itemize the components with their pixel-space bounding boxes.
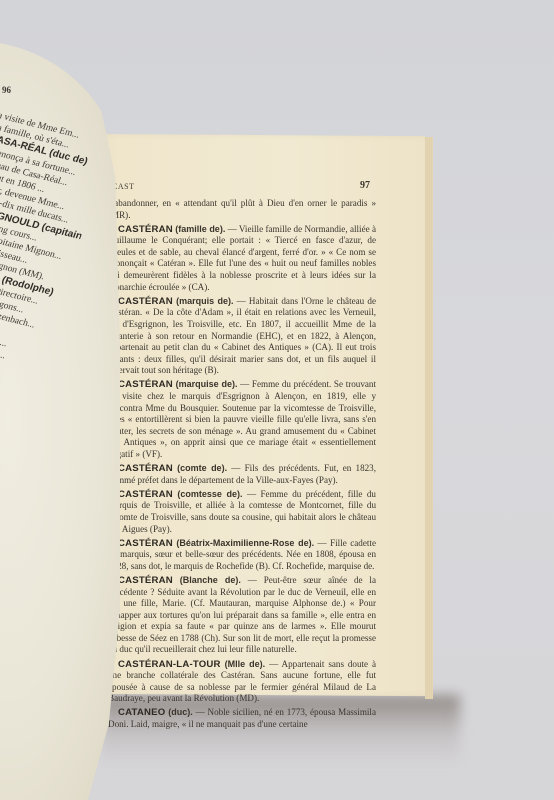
qualifier: (marquise de). — [176, 379, 238, 389]
headword: CASTÉRAN — [118, 538, 173, 549]
entry-casteran-beatrix: CASTÉRAN (Béatrix-Maximilienne-Rose de).… — [108, 538, 376, 573]
entry-text: — Habitait dans l'Orne le château de Cas… — [108, 296, 376, 376]
entry-casteran-la-tour: CASTÉRAN-LA-TOUR (Mlle de). — Appartenai… — [108, 659, 376, 705]
entry-casteran-comte: CASTÉRAN (comte de). — Fils des précéden… — [108, 463, 376, 486]
entry-continuation: d'abandonner, en « attendant qu'il plût … — [108, 198, 376, 221]
headword: CASTÉRAN — [118, 296, 173, 307]
entry-casteran-famille: CASTÉRAN (famille de). — Vieille famille… — [108, 224, 376, 294]
headword: CATANEO — [118, 707, 165, 718]
qualifier: (duc). — [168, 707, 193, 717]
page-block-edge — [425, 137, 433, 699]
headword: CASTÉRAN — [118, 379, 173, 390]
headword: CASTÉRAN — [118, 575, 173, 586]
page-number: 97 — [360, 180, 370, 191]
dictionary-text: d'abandonner, en « attendant qu'il plût … — [108, 198, 376, 733]
headword: CASTÉRAN-LA-TOUR — [118, 659, 221, 670]
entry-casteran-marquise: CASTÉRAN (marquise de). — Femme du précé… — [108, 379, 376, 460]
headword: CASTÉRAN — [118, 489, 173, 500]
entry-text: — Peut-être sœur aînée de la précédente … — [108, 575, 376, 655]
entry-text: — Femme du précédent. Se trouvant en vis… — [108, 379, 376, 459]
qualifier: (Blanche de). — [180, 575, 241, 585]
entry-casteran-comtesse: CASTÉRAN (comtesse de). — Femme du précé… — [108, 489, 376, 535]
entry-casteran-marquis: CASTÉRAN (marquis de). — Habitait dans l… — [108, 296, 376, 377]
entry-text: d'abandonner, en « attendant qu'il plût … — [108, 198, 376, 220]
headword: CASTÉRAN — [118, 224, 173, 235]
qualifier: (Mlle de). — [225, 659, 266, 669]
qualifier: (famille de). — [175, 224, 225, 234]
qualifier: (comte de). — [177, 463, 227, 473]
entry-cataneo: CATANEO (duc). — Noble sicilien, né en 1… — [108, 707, 376, 730]
qualifier: (Béatrix-Maximilienne-Rose de). — [176, 538, 314, 548]
entry-casteran-blanche: CASTÉRAN (Blanche de). — Peut-être sœur … — [108, 575, 376, 656]
qualifier: (comtesse de). — [177, 489, 242, 499]
running-head: CAST — [112, 182, 372, 191]
headword: CASTÉRAN — [118, 463, 173, 474]
left-page-number: 96 — [2, 85, 11, 95]
qualifier: (marquis de). — [176, 296, 233, 306]
